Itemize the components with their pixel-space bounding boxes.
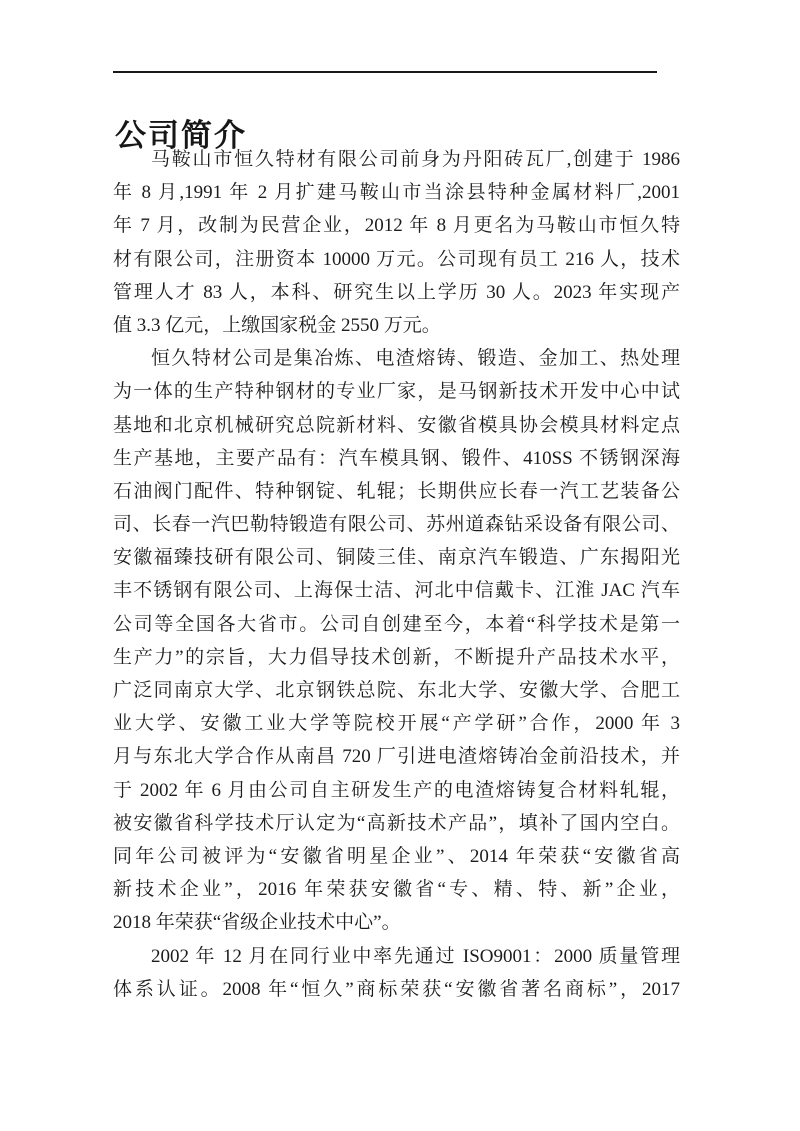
text-line: 同年公司被评为“安徽省明星企业”、2014 年荣获“安徽省高	[113, 840, 680, 873]
text-line: 基地和北京机械研究总院新材料、安徽省模具协会模具材料定点	[113, 409, 680, 442]
text-line: 业大学、安徽工业大学等院校开展“产学研”合作，2000 年 3	[113, 707, 680, 740]
text-line: 2002 年 12 月在同行业中率先通过 ISO9001：2000 质量管理	[113, 940, 680, 973]
text-line: 体系认证。2008 年“恒久”商标荣获“安徽省著名商标”，2017	[113, 973, 680, 1006]
document-page: 公司简介 马鞍山市恒久特材有限公司前身为丹阳砖瓦厂,创建于 1986年 8 月,…	[0, 0, 800, 1131]
paragraph: 恒久特材公司是集冶炼、电渣熔铸、锻造、金加工、热处理为一体的生产特种钢材的专业厂…	[113, 342, 680, 939]
text-line: 月与东北大学合作从南昌 720 厂引进电渣熔铸冶金前沿技术，并	[113, 740, 680, 773]
text-line: 年 7 月，改制为民营企业，2012 年 8 月更名为马鞍山市恒久特	[113, 209, 680, 242]
text-line: 石油阀门配件、特种钢锭、轧辊；长期供应长春一汽工艺装备公	[113, 475, 680, 508]
header-divider-line	[113, 71, 657, 73]
text-line: 于 2002 年 6 月由公司自主研发生产的电渣熔铸复合材料轧辊，	[113, 774, 680, 807]
paragraph: 2002 年 12 月在同行业中率先通过 ISO9001：2000 质量管理体系…	[113, 940, 680, 1006]
text-line: 被安徽省科学技术厅认定为“高新技术产品”，填补了国内空白。	[113, 807, 680, 840]
text-line: 材有限公司，注册资本 10000 万元。公司现有员工 216 人，技术	[113, 243, 680, 276]
paragraph: 马鞍山市恒久特材有限公司前身为丹阳砖瓦厂,创建于 1986年 8 月,1991 …	[113, 143, 680, 342]
text-line: 管理人才 83 人，本科、研究生以上学历 30 人。2023 年实现产	[113, 276, 680, 309]
text-line: 2018 年荣获“省级企业技术中心”。	[113, 906, 680, 939]
text-line: 值 3.3 亿元，上缴国家税金 2550 万元。	[113, 309, 680, 342]
text-line: 安徽福臻技研有限公司、铜陵三佳、南京汽车锻造、广东揭阳光	[113, 541, 680, 574]
text-line: 生产基地，主要产品有：汽车模具钢、锻件、410SS 不锈钢深海	[113, 442, 680, 475]
document-body: 马鞍山市恒久特材有限公司前身为丹阳砖瓦厂,创建于 1986年 8 月,1991 …	[113, 143, 680, 1006]
text-line: 年 8 月,1991 年 2 月扩建马鞍山市当涂县特种金属材料厂,2001	[113, 176, 680, 209]
text-line: 丰不锈钢有限公司、上海保士洁、河北中信戴卡、江淮 JAC 汽车	[113, 574, 680, 607]
text-line: 司、长春一汽巴勒特锻造有限公司、苏州道森钻采设备有限公司、	[113, 508, 680, 541]
text-line: 新技术企业”，2016 年荣获安徽省“专、精、特、新”企业，	[113, 873, 680, 906]
text-line: 公司等全国各大省市。公司自创建至今，本着“科学技术是第一	[113, 608, 680, 641]
text-line: 为一体的生产特种钢材的专业厂家，是马钢新技术开发中心中试	[113, 375, 680, 408]
text-line: 马鞍山市恒久特材有限公司前身为丹阳砖瓦厂,创建于 1986	[113, 143, 680, 176]
text-line: 恒久特材公司是集冶炼、电渣熔铸、锻造、金加工、热处理	[113, 342, 680, 375]
text-line: 生产力”的宗旨，大力倡导技术创新，不断提升产品技术水平，	[113, 641, 680, 674]
text-line: 广泛同南京大学、北京钢铁总院、东北大学、安徽大学、合肥工	[113, 674, 680, 707]
